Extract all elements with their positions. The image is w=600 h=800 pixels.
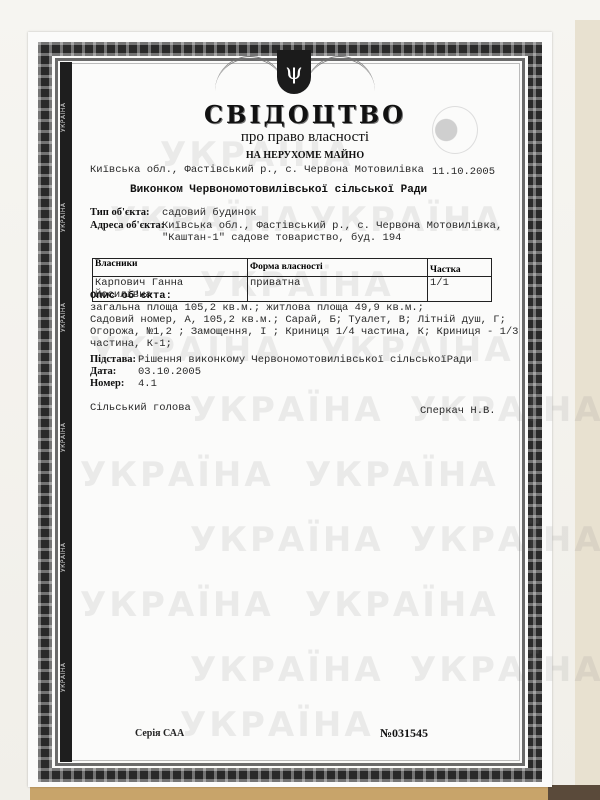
- watermark-text: УКРАЇНА: [80, 585, 274, 625]
- basis-value: Рішення виконкому Червономотовилівської …: [138, 354, 472, 366]
- object-address-label: Адреса об'єкта:: [90, 220, 164, 231]
- header-ownership-form: Форма власності: [248, 259, 428, 277]
- watermark-text: УКРАЇНА: [80, 455, 274, 495]
- object-type-label: Тип об'єкта:: [90, 207, 150, 218]
- description-label: Опис об'єкта:: [90, 290, 172, 302]
- issuer-name: Виконком Червономотовилівської сільської…: [130, 184, 427, 196]
- certificate-content: УКРАЇНА УКРАЇНА УКРАЇНА УКРАЇНА УКРАЇНА …: [80, 50, 530, 770]
- side-security-strip: УКРАЇНА УКРАЇНА УКРАЇНА УКРАЇНА УКРАЇНА …: [60, 62, 72, 762]
- strip-text: УКРАЇНА: [60, 172, 72, 262]
- strip-text: УКРАЇНА: [60, 632, 72, 722]
- background-edge: [575, 20, 600, 800]
- certificate-subtitle-property: НА НЕРУХОМЕ МАЙНО: [80, 150, 530, 161]
- signatory-position: Сільський голова: [90, 402, 191, 414]
- description-line: загальна площа 105,2 кв.м.; житлова площ…: [90, 302, 424, 314]
- crest-ornament-right: [305, 56, 375, 95]
- certificate-title: СВІДОЦТВО: [80, 100, 530, 129]
- ownership-share: 1/1: [428, 277, 492, 302]
- description-line: Огорожа, №1,2 ; Замощення, І ; Криниця 1…: [90, 326, 518, 338]
- number-label: Номер:: [90, 378, 124, 389]
- serial-number: №031545: [380, 726, 428, 741]
- series-label: Серія САА: [135, 728, 184, 739]
- issue-date: 11.10.2005: [432, 166, 495, 178]
- strip-text: УКРАЇНА: [60, 392, 72, 482]
- description-line: частина, К-1;: [90, 338, 172, 350]
- trident-emblem-icon: ψ: [277, 50, 311, 94]
- description-line: Садовий номер, А, 105,2 кв.м.; Сарай, Б;…: [90, 314, 506, 326]
- object-type-value: садовий будинок: [162, 207, 257, 219]
- watermark-text: УКРАЇНА: [190, 390, 384, 430]
- crest-ornament-left: [215, 56, 285, 95]
- signatory-name: Сперкач Н.В.: [420, 405, 496, 417]
- background-wood: [30, 785, 550, 800]
- background-shadow: [548, 785, 600, 800]
- header-owners: Власники: [93, 259, 248, 277]
- certificate-subtitle: про право власності: [80, 129, 530, 146]
- date-label: Дата:: [90, 366, 116, 377]
- watermark-text: УКРАЇНА: [190, 520, 384, 560]
- location-line: Київська обл., Фастівський р., с. Червон…: [90, 164, 424, 176]
- object-address-line2: "Каштан-1" садове товариство, буд. 194: [162, 232, 401, 244]
- watermark-text: УКРАЇНА: [305, 585, 499, 625]
- strip-text: УКРАЇНА: [60, 272, 72, 362]
- basis-label: Підстава:: [90, 354, 136, 365]
- date-value: 03.10.2005: [138, 366, 201, 378]
- ownership-form: приватна: [248, 277, 428, 302]
- table-header-row: Власники Форма власності Частка: [93, 259, 492, 277]
- watermark-text: УКРАЇНА: [180, 705, 374, 745]
- watermark-text: УКРАЇНА: [305, 455, 499, 495]
- strip-text: УКРАЇНА: [60, 72, 72, 162]
- object-address-line1: Київська обл., Фастівський р., с. Червон…: [162, 220, 502, 232]
- number-value: 4.1: [138, 378, 157, 390]
- watermark-text: УКРАЇНА: [190, 650, 384, 690]
- header-share: Частка: [428, 259, 492, 277]
- strip-text: УКРАЇНА: [60, 512, 72, 602]
